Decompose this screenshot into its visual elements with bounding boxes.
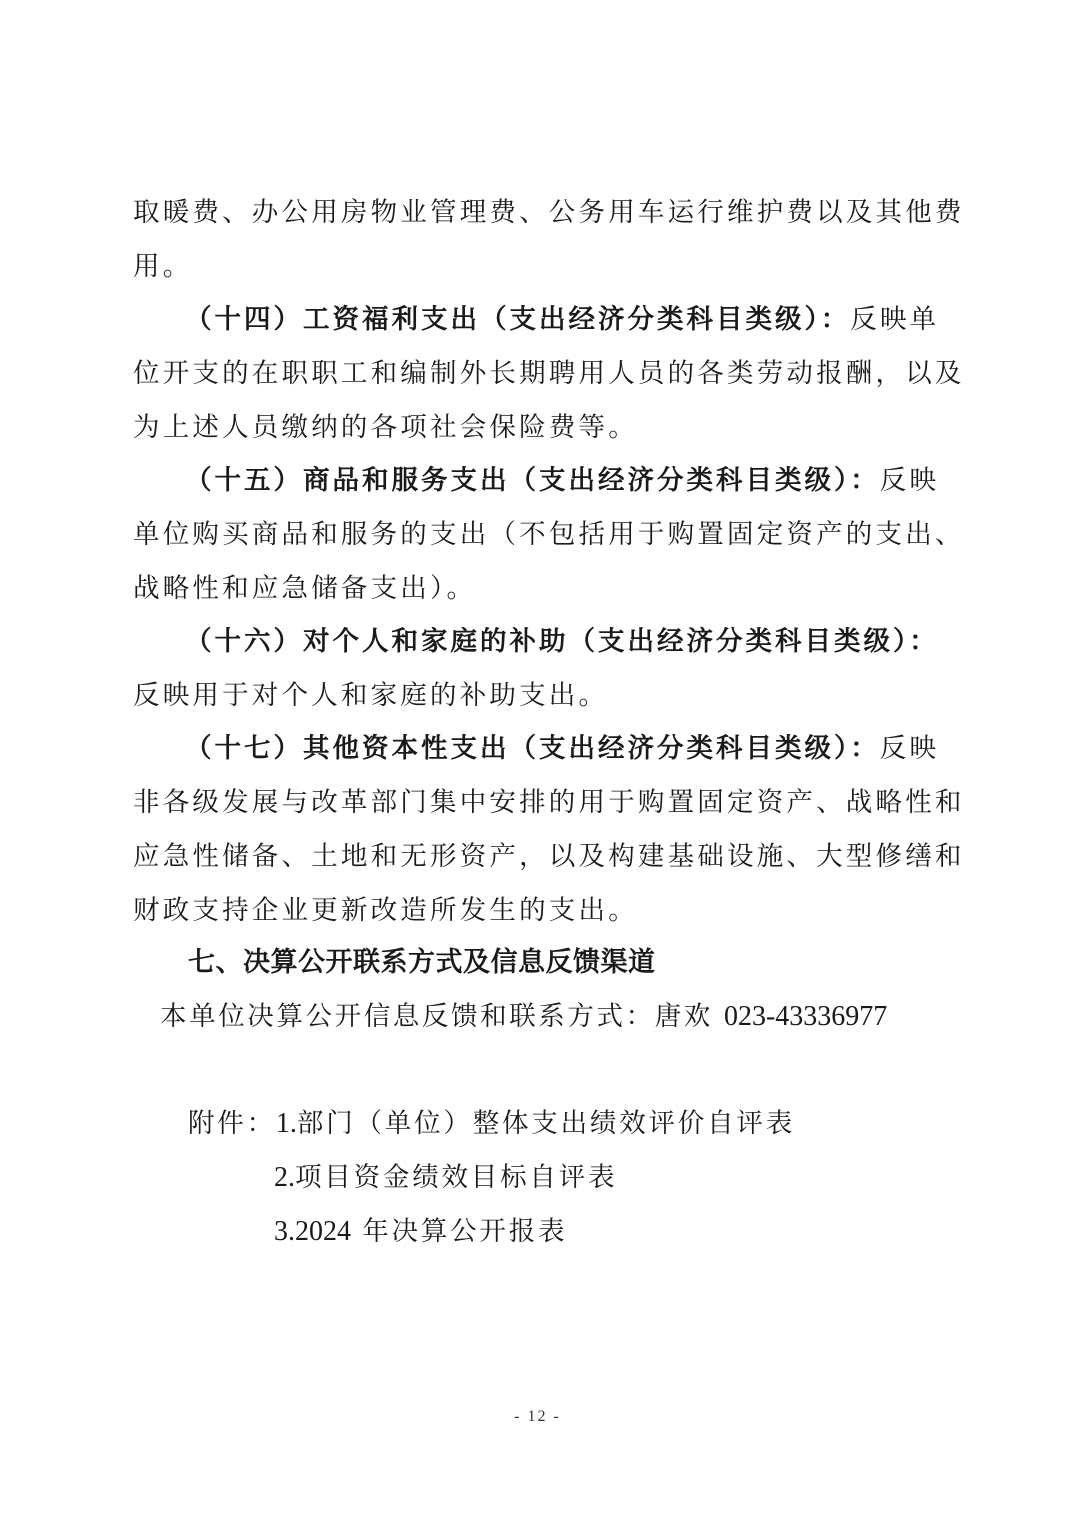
attachment-item: 年决算公开报表 [351,1216,567,1247]
paragraph-line: 财政支持企业更新改造所发生的支出。 [133,891,638,931]
paragraph-line: 应急性储备、土地和无形资产，以及构建基础设施、大型修缮和 [133,837,965,877]
attachments-label: 附件： [188,1108,276,1139]
item-17-title: （十七）其他资本性支出（支出经济分类科目类级）： [185,733,880,764]
attachment-line-3: 3.2024 年决算公开报表 [274,1212,567,1252]
paragraph-line: 战略性和应急储备支出）。 [133,569,476,609]
document-page: 取暖费、办公用房物业管理费、公务用车运行维护费以及其他费 用。 （十四）工资福利… [0,0,1075,1520]
attachment-item: 部门（单位）整体支出绩效评价自评表 [297,1108,795,1139]
paragraph-line: 取暖费、办公用房物业管理费、公务用车运行维护费以及其他费 [133,193,965,233]
attachment-line-2: 2.项目资金绩效目标自评表 [274,1158,617,1198]
contact-label: 本单位决算公开信息反馈和联系方式：唐欢 [160,1001,724,1032]
paragraph-line: 为上述人员缴纳的各项社会保险费等。 [133,408,638,448]
paragraph-line: 用。 [133,247,192,287]
page-number: - 12 - [0,1408,1075,1426]
paragraph-line: 位开支的在职职工和编制外长期聘用人员的各类劳动报酬，以及 [133,354,965,394]
paragraph-line: 非各级发展与改革部门集中安排的用于购置固定资产、战略性和 [133,783,965,823]
item-16-first-line: （十六）对个人和家庭的补助（支出经济分类科目类级）： [185,622,939,662]
attachment-line-1: 附件：1.部门（单位）整体支出绩效评价自评表 [188,1104,795,1144]
paragraph-line: 单位购买商品和服务的支出（不包括用于购置固定资产的支出、 [133,515,965,555]
paragraph-line: 反映用于对个人和家庭的补助支出。 [133,676,608,716]
item-14-title: （十四）工资福利支出（支出经济分类科目类级）： [185,304,850,335]
contact-phone: 023-43336977 [724,1001,887,1032]
item-14-first-line: （十四）工资福利支出（支出经济分类科目类级）：反映单 [185,300,939,340]
attachment-item: 项目资金绩效目标自评表 [295,1162,617,1193]
item-17-first-line: （十七）其他资本性支出（支出经济分类科目类级）：反映 [185,729,939,769]
item-15-first-line: （十五）商品和服务支出（支出经济分类科目类级）：反映 [185,461,939,501]
item-15-title: （十五）商品和服务支出（支出经济分类科目类级）： [185,465,880,496]
contact-info: 本单位决算公开信息反馈和联系方式：唐欢 023-43336977 [160,997,887,1037]
section-heading: 七、决算公开联系方式及信息反馈渠道 [188,943,656,983]
item-16-title: （十六）对个人和家庭的补助（支出经济分类科目类级）： [185,626,939,657]
